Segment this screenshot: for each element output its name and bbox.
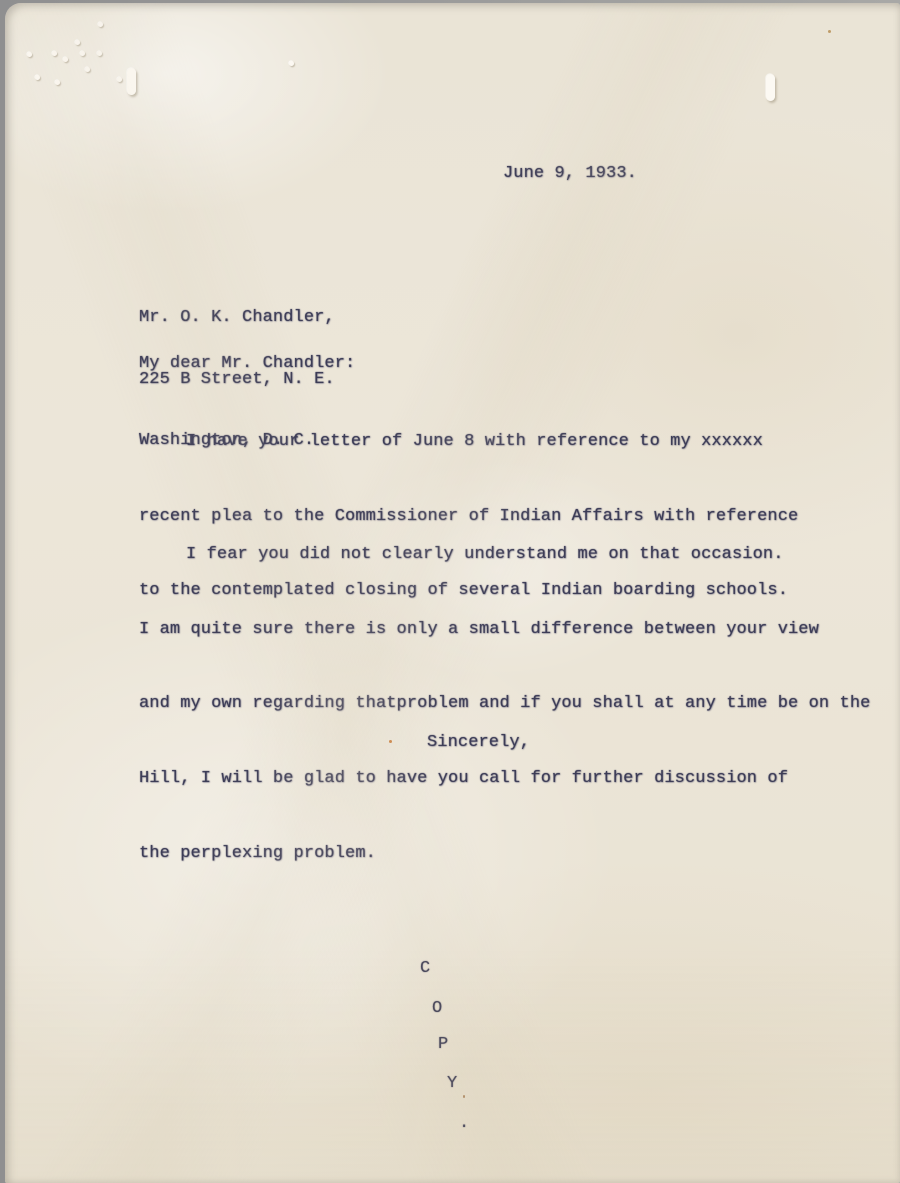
paragraph-2: I fear you did not clearly understand me… — [139, 499, 870, 911]
recipient-name: Mr. O. K. Chandler, — [139, 306, 335, 330]
letter-page: June 9, 1933. Mr. O. K. Chandler, 225 B … — [5, 3, 900, 1183]
emboss-dot — [98, 22, 103, 27]
emboss-dot — [289, 61, 294, 66]
copy-stamp-letter: . — [459, 1115, 469, 1132]
staple-mark-left — [127, 68, 136, 95]
body-line: I am quite sure there is only a small di… — [139, 612, 870, 649]
emboss-dot — [52, 51, 57, 56]
copy-stamp-letter: O — [432, 1000, 442, 1017]
stain-speck — [463, 1095, 465, 1098]
emboss-dot — [63, 57, 68, 62]
body-line: I have your letter of June 8 with refere… — [139, 424, 798, 461]
stain-speck — [828, 30, 831, 33]
emboss-dot — [75, 40, 80, 45]
body-line: the perplexing problem. — [139, 836, 870, 873]
emboss-dot — [55, 80, 60, 85]
emboss-dot — [35, 75, 40, 80]
date-line: June 9, 1933. — [503, 162, 637, 186]
staple-mark-right — [766, 74, 775, 101]
emboss-dot — [97, 51, 102, 56]
emboss-dot — [80, 51, 85, 56]
body-line: Hill, I will be glad to have you call fo… — [139, 761, 870, 798]
salutation: My dear Mr. Chandler: — [139, 352, 355, 376]
scanner-background: { "letter": { "date": "June 9, 1933.", "… — [0, 0, 900, 1183]
body-line: I fear you did not clearly understand me… — [139, 537, 870, 574]
copy-stamp-letter: P — [438, 1036, 448, 1053]
emboss-dot — [85, 67, 90, 72]
emboss-dot — [117, 77, 122, 82]
body-line: and my own regarding thatproblem and if … — [139, 686, 870, 723]
closing: Sincerely, — [427, 731, 530, 755]
copy-stamp-letter: Y — [447, 1075, 457, 1092]
emboss-dot — [27, 52, 32, 57]
copy-stamp-letter: C — [420, 960, 430, 977]
